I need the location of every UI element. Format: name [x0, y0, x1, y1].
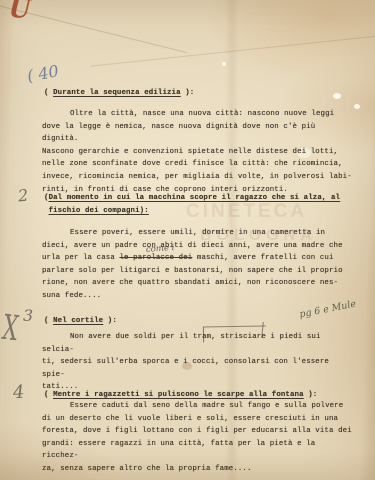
paper-chip	[222, 62, 226, 66]
margin-section-number-4: 4	[12, 382, 25, 404]
section-2-paragraph: Essere poveri, essere umili, dormire in …	[42, 227, 354, 303]
heading-open-paren: (	[44, 391, 53, 399]
blue-pencil-note: ( 40	[26, 61, 61, 85]
paragraph-line: parlare solo per litigarci e bastonarsi,…	[42, 265, 354, 278]
section-1-paragraph: Oltre la città, nasce una nuova città: n…	[42, 108, 354, 196]
paragraph-line: suna fede....	[42, 290, 354, 303]
paper-chip	[354, 104, 360, 109]
heading-text: Dal momento in cui la macchina scopre il…	[49, 192, 341, 217]
line-text: maschi, avere fratelli con cui	[192, 254, 333, 262]
heading-text: Nel cortile	[53, 317, 103, 325]
section-1-heading: ( Durante la sequenza edilizia ):	[44, 87, 194, 100]
margin-section-number-3: 3	[23, 306, 33, 325]
heading-close-paren: ):	[304, 391, 318, 399]
red-pencil-mark: U	[8, 0, 31, 24]
section-3-heading: ( Nel cortile ):	[44, 315, 117, 328]
heading-text: Mentre i ragazzetti si puliscono le scar…	[53, 391, 304, 399]
heading-close-paren: ):	[181, 89, 195, 97]
section-3-paragraph: Non avere due soldi per il tram, strisci…	[42, 331, 354, 394]
paragraph-line: urla per la casa le parolacce dei maschi…	[42, 252, 354, 265]
heading-open-paren: (	[44, 317, 53, 325]
margin-section-number-2: 2	[17, 186, 29, 206]
paragraph-line: Essere poveri, essere umili, dormire in …	[42, 227, 354, 240]
pencil-cross-mark: X	[2, 307, 19, 349]
heading-open-paren: (	[44, 89, 53, 97]
paragraph-line: rione, non avere che quattro sbandati am…	[42, 277, 354, 290]
section-2-heading: ( Dal momento in cui la macchina scopre …	[44, 192, 340, 217]
paper-chip	[333, 93, 341, 99]
heading-close-paren: ):	[103, 317, 117, 325]
struck-through-text: le parolacce dei	[119, 254, 192, 262]
paragraph-line: dieci, avere un padre con abiti di dieci…	[42, 240, 354, 253]
section-4-paragraph: Essere caduti dal seno della madre sul f…	[42, 400, 354, 476]
line-text: urla per la casa	[42, 254, 119, 262]
heading-text: Durante la sequenza edilizia	[53, 89, 181, 97]
manuscript-page: CINETECA BOLOGNA U ( 40 2 3 X 4 come i p…	[0, 0, 375, 480]
